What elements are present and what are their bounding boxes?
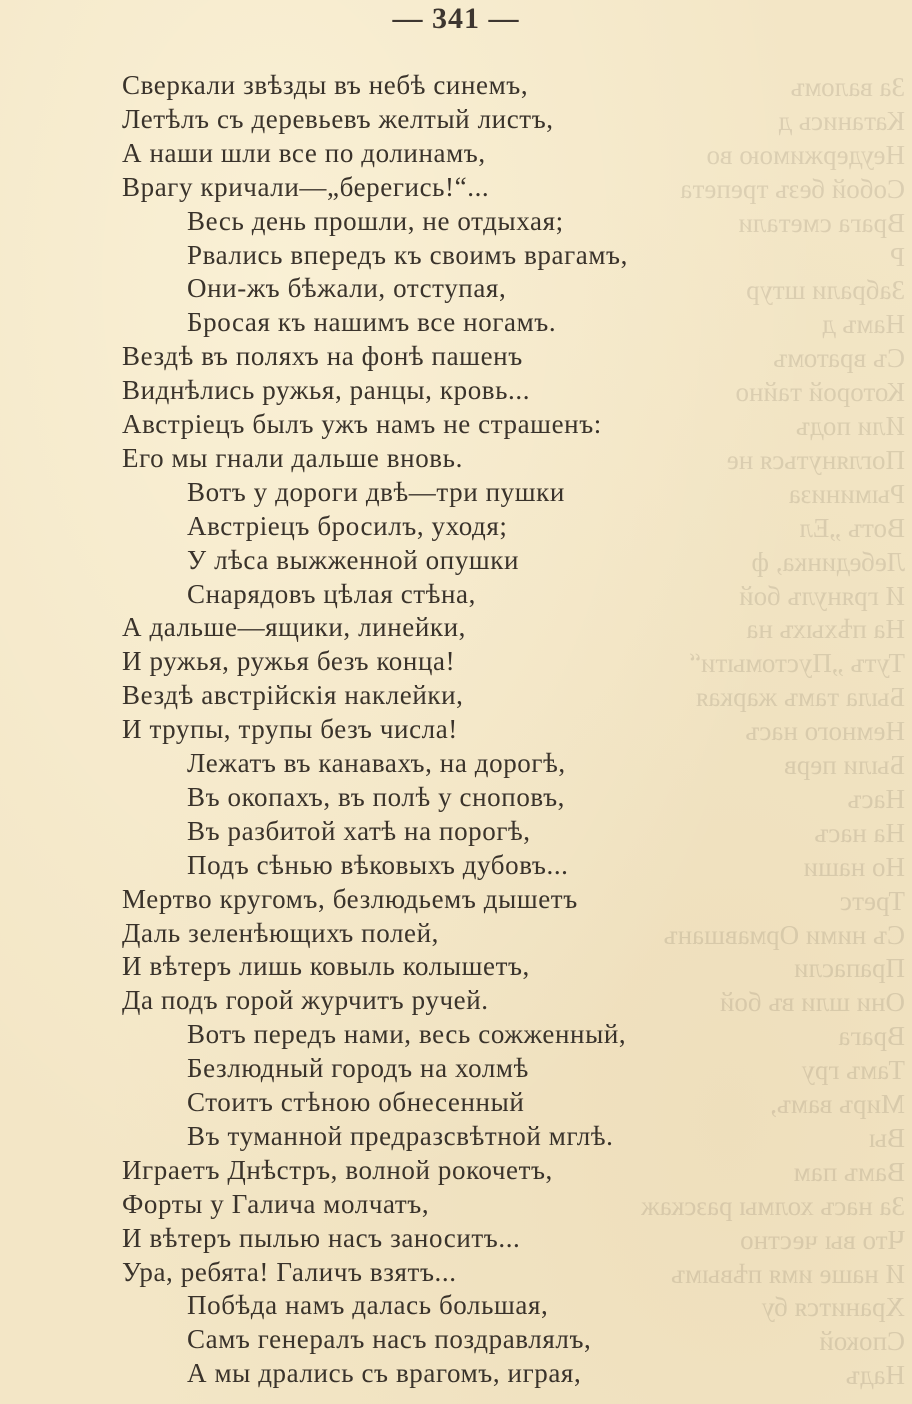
poem-line: И вѣтеръ пылью насъ заноситъ... xyxy=(122,1221,520,1255)
bleed-through-line: За валомъ xyxy=(791,72,905,103)
bleed-through-line: Врага сметали xyxy=(738,208,905,239)
bleed-through-line: Миръ вамъ, xyxy=(770,1089,905,1120)
poem-line-indented: Вотъ передъ нами, весь сожженный, xyxy=(187,1017,626,1051)
bleed-through-line: Третс xyxy=(840,886,905,917)
bleed-through-line: Рыминиза xyxy=(789,479,905,510)
bleed-through-line: За насъ холмы разскаж xyxy=(641,1191,905,1222)
poem-line: Ура, ребята! Галичъ взятъ... xyxy=(122,1255,457,1289)
poem-line-indented: Бросая къ нашимъ все ногамъ. xyxy=(187,305,556,339)
bleed-through-line: Насъ xyxy=(848,784,905,815)
bleed-through-line: Спокой xyxy=(819,1326,905,1357)
poem-line: И трупы, трупы безъ числа! xyxy=(122,712,458,746)
poem-line: Врагу кричали—„берегись!“... xyxy=(122,170,489,204)
bleed-through-line: Забрали штур xyxy=(746,275,905,306)
bleed-through-line: На насъ xyxy=(814,818,905,849)
bleed-through-line: Была тамъ жаркая xyxy=(696,682,905,713)
poem-line: Австріецъ былъ ужъ намъ не страшенъ: xyxy=(122,407,602,441)
poem-line-indented: Лежатъ въ канавахъ, на дорогѣ, xyxy=(187,746,566,780)
poem-line: А дальше—ящики, линейки, xyxy=(122,610,466,644)
bleed-through-line: Тамъ гру xyxy=(802,1055,905,1086)
bleed-through-line: Лебединка, ф xyxy=(752,547,905,578)
bleed-through-line: Надъ xyxy=(846,1360,905,1391)
bleed-through-line: Врага xyxy=(838,1021,905,1052)
bleed-through-line: И грянулъ бой xyxy=(739,581,905,612)
poem-line: А наши шли все по долинамъ, xyxy=(122,136,486,170)
poem-line-indented: Весь день прошли, не отдыхая; xyxy=(187,204,564,238)
poem-line: Летѣлъ съ деревьевъ желтый листъ, xyxy=(122,102,554,136)
bleed-through-line: Поглянуться не xyxy=(727,445,905,476)
bleed-through-line: Съ вратомъ xyxy=(773,343,905,374)
bleed-through-line: Что вы честно xyxy=(740,1225,905,1256)
bleed-through-line: Были перв xyxy=(784,750,905,781)
bleed-through-line: Или подъ xyxy=(796,411,905,442)
poem-line-indented: Безлюдный городъ на холмѣ xyxy=(187,1051,529,1085)
bleed-through-line: Намъ д xyxy=(822,309,905,340)
bleed-through-line: На пѣхыхъ на xyxy=(746,614,905,645)
bleed-through-line: Которой тайно xyxy=(736,377,905,408)
bleed-through-line: Но наши xyxy=(804,852,905,883)
bleed-through-line: Вотъ „Ел xyxy=(799,513,905,544)
poem-line: Мертво кругомъ, безлюдьемъ дышетъ xyxy=(122,882,578,916)
poem-line-indented: Вотъ у дороги двѣ—три пушки xyxy=(187,475,565,509)
bleed-through-line: Тутъ „Пустомыти“ xyxy=(689,648,905,679)
bleed-through-line: Хранится бу xyxy=(762,1292,905,1323)
poem-line-indented: Стоитъ стѣною обнесенный xyxy=(187,1085,524,1119)
bleed-through-line: Собой безъ трепета xyxy=(680,174,905,205)
poem-line: И вѣтеръ лишь ковыль колышетъ, xyxy=(122,949,530,983)
poem-line: Играетъ Днѣстръ, волной рокочетъ, xyxy=(122,1153,553,1187)
poem-line-indented: Въ разбитой хатѣ на порогѣ, xyxy=(187,814,531,848)
poem-line: Форты у Галича молчатъ, xyxy=(122,1187,429,1221)
poem-line-indented: Въ окопахъ, въ полѣ у сноповъ, xyxy=(187,780,565,814)
bleed-through-line: Вы xyxy=(869,1123,905,1154)
poem-line: Да подъ горой журчитъ ручей. xyxy=(122,983,489,1017)
poem-line: Даль зеленѣющихъ полей, xyxy=(122,916,439,950)
bleed-through-line: Катанись д xyxy=(778,106,905,137)
bleed-through-line: Р xyxy=(890,242,905,273)
poem-line-indented: Снарядовъ цѣлая стѣна, xyxy=(187,577,476,611)
bleed-through-line: Немного насъ xyxy=(745,716,905,747)
poem-line-indented: Рвались впередъ къ своимъ врагамъ, xyxy=(187,238,628,272)
bleed-through-line: Прапасли xyxy=(794,953,905,984)
poem-line: Сверкали звѣзды въ небѣ синемъ, xyxy=(122,68,528,102)
bleed-through-line: Они шли въ бой xyxy=(720,987,905,1018)
poem-line: Виднѣлись ружья, ранцы, кровь... xyxy=(122,373,530,407)
poem-line-indented: Подъ сѣнью вѣковыхъ дубовъ... xyxy=(187,848,569,882)
bleed-through-line: Вамъ пам xyxy=(794,1157,905,1188)
poem-line: Вездѣ въ поляхъ на фонѣ пашенъ xyxy=(122,339,523,373)
poem-line: Его мы гнали дальше вновь. xyxy=(122,441,463,475)
poem-line-indented: А мы дрались съ врагомъ, играя, xyxy=(187,1356,581,1390)
poem-line-indented: Побѣда намъ далась большая, xyxy=(187,1288,548,1322)
poem-line-indented: Самъ генералъ насъ поздравлялъ, xyxy=(187,1322,591,1356)
bleed-through-line: И наше имя пѣвымъ xyxy=(671,1259,905,1290)
page-number: — 341 — xyxy=(0,2,912,36)
poem-line: И ружья, ружья безъ конца! xyxy=(122,644,455,678)
poem-line-indented: Австріецъ бросилъ, уходя; xyxy=(187,509,507,543)
poem-line-indented: У лѣса выжженной опушки xyxy=(187,543,519,577)
bleed-through-line: Съ ними Ормавшанъ xyxy=(664,920,905,951)
poem-line-indented: Въ туманной предразсвѣтной мглѣ. xyxy=(187,1119,613,1153)
poem-line-indented: Они-жъ бѣжали, отступая, xyxy=(187,271,506,305)
bleed-through-line: Неудержимою во xyxy=(706,140,905,171)
poem-line: Вездѣ австрійскія наклейки, xyxy=(122,678,464,712)
